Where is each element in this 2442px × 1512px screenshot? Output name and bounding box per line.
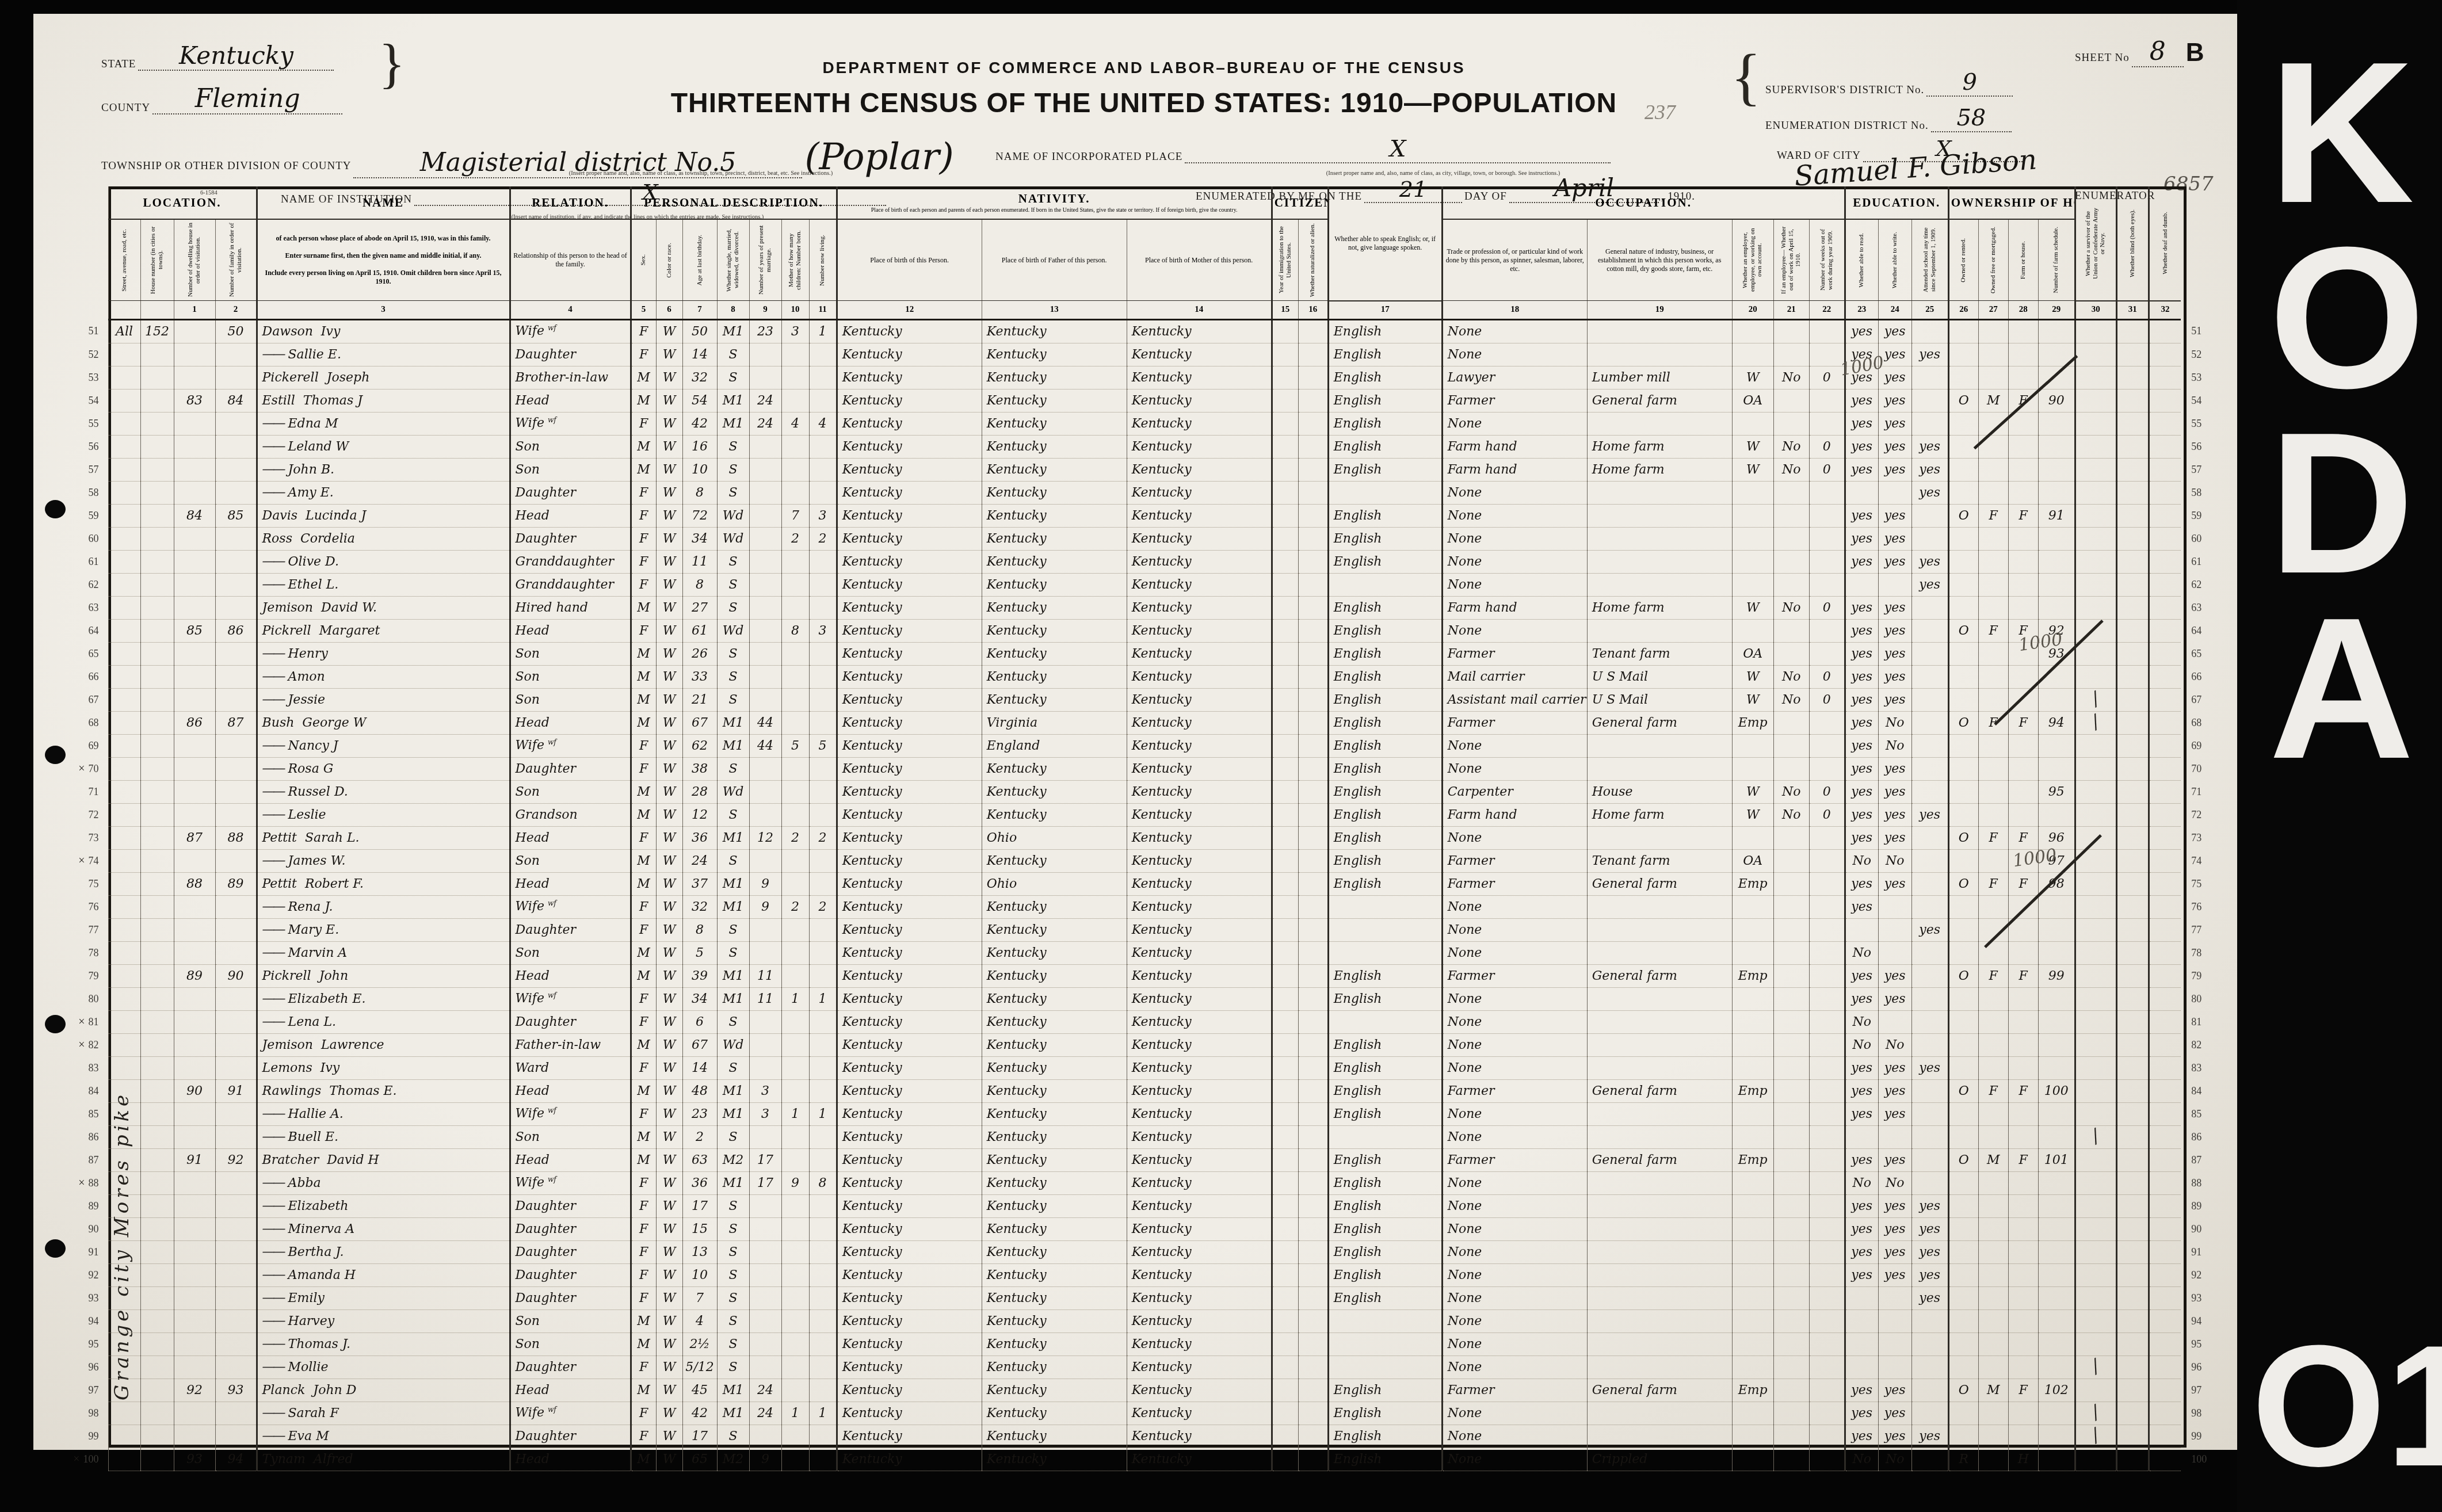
cell-color: W [656, 1079, 682, 1102]
cell-relation: Son [510, 780, 631, 803]
cell-sch: yes [1911, 918, 1948, 941]
cell-yrimm [1272, 1286, 1298, 1309]
cell-yrimm [1272, 366, 1298, 389]
column-header-wr: Whether able to write. [1878, 219, 1911, 301]
cell-fn [2038, 803, 2075, 826]
cell-wr: yes [1878, 1240, 1911, 1263]
cell-wk [1809, 964, 1845, 987]
cell-vet [2075, 872, 2116, 895]
cell-name: —— Russel D. [257, 780, 510, 803]
table-row: 66—— AmonSonMW33SKentuckyKentuckyKentuck… [58, 665, 2219, 688]
cell-house [140, 734, 174, 757]
cell-mort: F [1978, 619, 2008, 642]
line-number-left: 53 [58, 366, 108, 389]
cell-dwell [174, 573, 215, 596]
cell-cl: 2 [809, 826, 837, 849]
cell-cb: 9 [781, 1171, 809, 1194]
cell-name: RossCordelia [257, 527, 510, 550]
cell-deaf [2149, 1286, 2181, 1309]
cell-bp: Kentucky [837, 1309, 982, 1332]
brace: } [379, 31, 405, 95]
cell-read [1845, 1286, 1878, 1309]
cell-fam [215, 895, 257, 918]
cell-street [108, 1379, 140, 1402]
cell-yrimm [1272, 550, 1298, 573]
cell-lang: English [1328, 987, 1442, 1010]
cell-wr [1878, 918, 1911, 941]
column-number: 12 [837, 301, 982, 320]
cell-sex: F [631, 1286, 656, 1309]
cell-street [108, 343, 140, 366]
cell-marital: M1 [717, 1102, 749, 1125]
cell-ow [1773, 826, 1809, 849]
cell-ow [1773, 1194, 1809, 1217]
cell-ind: General farm [1587, 711, 1732, 734]
cell-cl [809, 343, 837, 366]
cell-wr [1878, 895, 1911, 918]
cell-relation: Father-in-law [510, 1033, 631, 1056]
cell-yrimm [1272, 1379, 1298, 1402]
cell-sex: F [631, 1056, 656, 1079]
cell-occ: Farmer [1442, 389, 1587, 412]
cell-marital: M2 [717, 1448, 749, 1471]
cell-nat [1298, 504, 1328, 527]
cell-mort [1978, 1309, 2008, 1332]
cell-fn: 90 [2038, 389, 2075, 412]
cell-mb: Kentucky [1127, 1448, 1272, 1471]
cell-name: —— Emily [257, 1286, 510, 1309]
cell-deaf [2149, 872, 2181, 895]
cell-emp: OA [1732, 642, 1773, 665]
cell-marital: M1 [717, 987, 749, 1010]
cell-own: O [1948, 619, 1978, 642]
cell-deaf [2149, 550, 2181, 573]
cell-deaf [2149, 435, 2181, 458]
cell-cb [781, 1125, 809, 1148]
cell-yrimm [1272, 1148, 1298, 1171]
cell-name: BushGeorge W [257, 711, 510, 734]
cell-emp [1732, 1056, 1773, 1079]
cell-fam [215, 688, 257, 711]
cell-fh: F [2008, 872, 2038, 895]
cell-ow: No [1773, 780, 1809, 803]
cell-deaf [2149, 1033, 2181, 1056]
cell-cl [809, 550, 837, 573]
cell-name: PettitSarah L. [257, 826, 510, 849]
cell-read: yes [1845, 1056, 1878, 1079]
table-row: 55—— Edna MWifewfFW42M12444KentuckyKentu… [58, 412, 2219, 435]
cell-fam [215, 849, 257, 872]
column-header-fh: Farm or house. [2008, 219, 2038, 301]
cell-cb [781, 1263, 809, 1286]
cell-house [140, 1148, 174, 1171]
cell-sch: yes [1911, 1240, 1948, 1263]
cell-sex: M [631, 1148, 656, 1171]
cell-deaf [2149, 688, 2181, 711]
cell-cb: 2 [781, 826, 809, 849]
cell-fb: Kentucky [982, 895, 1127, 918]
cell-ind: U S Mail [1587, 665, 1732, 688]
cell-relation: Head [510, 964, 631, 987]
table-row: ×74—— James W.SonMW24SKentuckyKentuckyKe… [58, 849, 2219, 872]
cell-nat [1298, 1194, 1328, 1217]
cell-dwell [174, 987, 215, 1010]
cell-fh [2008, 481, 2038, 504]
cell-vet [2075, 1102, 2116, 1125]
cell-marital: M1 [717, 389, 749, 412]
table-row: 93—— EmilyDaughterFW7SKentuckyKentuckyKe… [58, 1286, 2219, 1309]
cell-color: W [656, 1217, 682, 1240]
cell-sch: yes [1911, 573, 1948, 596]
cell-bp: Kentucky [837, 1102, 982, 1125]
cell-occ: Farm hand [1442, 803, 1587, 826]
cell-mb: Kentucky [1127, 573, 1272, 596]
cell-mb: Kentucky [1127, 665, 1272, 688]
cell-ind [1587, 826, 1732, 849]
cell-own: O [1948, 826, 1978, 849]
column-header-lang: Whether able to speak English; or, if no… [1328, 186, 1442, 301]
cell-sch [1911, 366, 1948, 389]
cell-fh: F [2008, 1148, 2038, 1171]
cell-wr: yes [1878, 550, 1911, 573]
cell-read: yes [1845, 1217, 1878, 1240]
cell-occ: None [1442, 481, 1587, 504]
cell-relation: Brother-in-law [510, 366, 631, 389]
cell-deaf [2149, 1332, 2181, 1356]
cell-cl: 1 [809, 319, 837, 343]
cell-fn [2038, 1425, 2075, 1448]
cell-color: W [656, 1332, 682, 1356]
line-number-left: ×100 [58, 1448, 108, 1471]
cell-yrs: 44 [749, 734, 781, 757]
cell-ow [1773, 1240, 1809, 1263]
cell-sch: yes [1911, 803, 1948, 826]
cell-yrimm [1272, 941, 1298, 964]
cell-vet [2075, 1309, 2116, 1332]
cell-sex: F [631, 550, 656, 573]
cell-yrs: 11 [749, 964, 781, 987]
cell-house [140, 1079, 174, 1102]
cell-vet [2075, 964, 2116, 987]
cell-yrimm [1272, 596, 1298, 619]
column-header-mb: Place of birth of Mother of this person. [1127, 219, 1272, 301]
cell-deaf [2149, 1356, 2181, 1379]
cell-ind [1587, 918, 1732, 941]
line-number-left: 96 [58, 1356, 108, 1379]
cell-deaf [2149, 803, 2181, 826]
cell-bp: Kentucky [837, 1194, 982, 1217]
cell-vet [2075, 435, 2116, 458]
cell-house [140, 343, 174, 366]
line-number-right: 86 [2181, 1125, 2219, 1148]
cell-street [108, 711, 140, 734]
cell-bp: Kentucky [837, 849, 982, 872]
cell-fam: 50 [215, 319, 257, 343]
cell-read: yes [1845, 780, 1878, 803]
cell-mb: Kentucky [1127, 412, 1272, 435]
line-number-right: 98 [2181, 1402, 2219, 1425]
cell-fh [2008, 527, 2038, 550]
cell-dwell [174, 1010, 215, 1033]
cell-blind [2116, 1194, 2149, 1217]
cell-color: W [656, 872, 682, 895]
cell-mort: M [1978, 1379, 2008, 1402]
cell-mort [1978, 780, 2008, 803]
cell-read: yes [1845, 1379, 1878, 1402]
column-header-sex: Sex. [631, 219, 656, 301]
cell-fb: Kentucky [982, 918, 1127, 941]
cell-wr: No [1878, 1033, 1911, 1056]
cell-color: W [656, 918, 682, 941]
cell-vet [2075, 1148, 2116, 1171]
cell-sex: M [631, 872, 656, 895]
cell-fn [2038, 412, 2075, 435]
cell-mort: M [1978, 389, 2008, 412]
township-note: (Insert proper name and, also, name of c… [482, 170, 919, 177]
cell-mb: Kentucky [1127, 1148, 1272, 1171]
cell-ind [1587, 1309, 1732, 1332]
column-header-house: House number (in cities or towns). [140, 219, 174, 301]
group-header: EDUCATION. [1845, 186, 1948, 219]
cell-cb [781, 389, 809, 412]
cell-sex: F [631, 1194, 656, 1217]
cell-dwell [174, 1286, 215, 1309]
cell-occ: None [1442, 1194, 1587, 1217]
cell-age: 2 [682, 1125, 717, 1148]
cell-yrimm [1272, 527, 1298, 550]
cell-yrs [749, 780, 781, 803]
cell-house [140, 1286, 174, 1309]
cell-yrimm [1272, 1079, 1298, 1102]
cell-color: W [656, 987, 682, 1010]
cell-wr: yes [1878, 504, 1911, 527]
cell-occ: None [1442, 619, 1587, 642]
cell-ind [1587, 1056, 1732, 1079]
cell-nat [1298, 1010, 1328, 1033]
column-header-ind: General nature of industry, business, or… [1587, 219, 1732, 301]
cell-name: —— Amy E. [257, 481, 510, 504]
cell-color: W [656, 1033, 682, 1056]
group-header: NAME [257, 186, 510, 219]
cell-street [108, 826, 140, 849]
cell-age: 65 [682, 1448, 717, 1471]
line-number-left: 98 [58, 1402, 108, 1425]
cell-dwell: 88 [174, 872, 215, 895]
cell-relation: Daughter [510, 1286, 631, 1309]
cell-marital: S [717, 1425, 749, 1448]
cell-deaf [2149, 1448, 2181, 1471]
cell-sex: F [631, 1402, 656, 1425]
cell-marital: S [717, 665, 749, 688]
cell-sex: M [631, 711, 656, 734]
cell-marital: S [717, 550, 749, 573]
cell-street [108, 918, 140, 941]
cell-relation: Head [510, 619, 631, 642]
cell-sch [1911, 849, 1948, 872]
cell-age: 38 [682, 757, 717, 780]
cell-street [108, 987, 140, 1010]
cell-lang: English [1328, 1033, 1442, 1056]
line-number-right: 61 [2181, 550, 2219, 573]
cell-read: yes [1845, 319, 1878, 343]
cell-name: PettitRobert F. [257, 872, 510, 895]
cell-mb: Kentucky [1127, 343, 1272, 366]
cell-marital: S [717, 458, 749, 481]
cell-vet [2075, 987, 2116, 1010]
cell-own: O [1948, 964, 1978, 987]
cell-own [1948, 343, 1978, 366]
cell-yrs [749, 1309, 781, 1332]
cell-dwell [174, 849, 215, 872]
cell-yrimm [1272, 1356, 1298, 1379]
township-label: TOWNSHIP OR OTHER DIVISION OF COUNTY [101, 160, 351, 172]
cell-name: TynamAlfred [257, 1448, 510, 1471]
table-row: 798990PickrellJohnHeadMW39M111KentuckyKe… [58, 964, 2219, 987]
cell-emp [1732, 826, 1773, 849]
cell-age: 32 [682, 366, 717, 389]
cell-bp: Kentucky [837, 872, 982, 895]
cell-nat [1298, 527, 1328, 550]
table-row: 67—— JessieSonMW21SKentuckyKentuckyKentu… [58, 688, 2219, 711]
cell-wr [1878, 1286, 1911, 1309]
cell-blind [2116, 1332, 2149, 1356]
line-number-left: ×70 [58, 757, 108, 780]
cell-age: 6 [682, 1010, 717, 1033]
cell-cl [809, 1286, 837, 1309]
cell-blind [2116, 1356, 2149, 1379]
cell-cl [809, 1125, 837, 1148]
cell-mb: Kentucky [1127, 1125, 1272, 1148]
cell-ow [1773, 711, 1809, 734]
cell-mb: Kentucky [1127, 1240, 1272, 1263]
page-stamp: 237 [1644, 100, 1676, 124]
cell-mort [1978, 1033, 2008, 1056]
cell-fam [215, 435, 257, 458]
cell-sex: M [631, 458, 656, 481]
cell-age: 72 [682, 504, 717, 527]
cell-blind [2116, 1148, 2149, 1171]
cell-wr [1878, 481, 1911, 504]
cell-fam: 87 [215, 711, 257, 734]
cell-deaf [2149, 895, 2181, 918]
cell-deaf [2149, 734, 2181, 757]
cell-mort [1978, 1263, 2008, 1286]
cell-sch [1911, 504, 1948, 527]
cell-fam [215, 642, 257, 665]
cell-fam [215, 734, 257, 757]
cell-occ: None [1442, 550, 1587, 573]
column-header-read: Whether able to read. [1845, 219, 1878, 301]
line-number-right: 72 [2181, 803, 2219, 826]
cell-own [1948, 1402, 1978, 1425]
cell-wr: No [1878, 1171, 1911, 1194]
cell-mort [1978, 1425, 2008, 1448]
cell-ow [1773, 1148, 1809, 1171]
cell-deaf [2149, 1379, 2181, 1402]
cell-mb: Kentucky [1127, 1079, 1272, 1102]
cell-dwell: 86 [174, 711, 215, 734]
cell-nat [1298, 343, 1328, 366]
cell-ind: Tenant farm [1587, 642, 1732, 665]
cell-ow [1773, 1425, 1809, 1448]
cell-sex: M [631, 1379, 656, 1402]
cell-name: —— Abba [257, 1171, 510, 1194]
cell-emp: W [1732, 665, 1773, 688]
cell-yrs [749, 1240, 781, 1263]
cell-lang: English [1328, 1240, 1442, 1263]
cell-cb [781, 1148, 809, 1171]
column-number: 22 [1809, 301, 1845, 320]
cell-nat [1298, 1240, 1328, 1263]
cell-blind [2116, 389, 2149, 412]
cell-bp: Kentucky [837, 550, 982, 573]
cell-dwell [174, 757, 215, 780]
cell-street [108, 1125, 140, 1148]
cell-yrs [749, 1217, 781, 1240]
cell-wr: yes [1878, 1379, 1911, 1402]
cell-wk [1809, 1171, 1845, 1194]
table-row: 598485DavisLucinda JHeadFW72Wd73Kentucky… [58, 504, 2219, 527]
cell-color: W [656, 319, 682, 343]
cell-yrimm [1272, 780, 1298, 803]
cell-wk [1809, 504, 1845, 527]
cell-emp [1732, 573, 1773, 596]
cell-mb: Kentucky [1127, 941, 1272, 964]
cell-cl: 3 [809, 619, 837, 642]
cell-occ: None [1442, 1240, 1587, 1263]
cell-cb: 1 [781, 1402, 809, 1425]
cell-dwell [174, 550, 215, 573]
cell-name: EstillThomas J [257, 389, 510, 412]
cell-wr: yes [1878, 435, 1911, 458]
cell-sex: F [631, 619, 656, 642]
cell-cl: 5 [809, 734, 837, 757]
cell-sch: yes [1911, 1194, 1948, 1217]
cell-dwell [174, 343, 215, 366]
cell-fam [215, 1171, 257, 1194]
cell-relation: Daughter [510, 1194, 631, 1217]
cell-fn [2038, 1309, 2075, 1332]
cell-sch: yes [1911, 1217, 1948, 1240]
cell-fb: Kentucky [982, 1125, 1127, 1148]
line-number-right: 54 [2181, 389, 2219, 412]
cell-marital: S [717, 918, 749, 941]
cell-cb [781, 596, 809, 619]
cell-dwell [174, 1356, 215, 1379]
cell-blind [2116, 688, 2149, 711]
cell-fam [215, 1309, 257, 1332]
cell-ow [1773, 412, 1809, 435]
line-number-right: 57 [2181, 458, 2219, 481]
cell-ind [1587, 1425, 1732, 1448]
cell-occ: None [1442, 504, 1587, 527]
cell-lang: English [1328, 1171, 1442, 1194]
cell-color: W [656, 757, 682, 780]
table-row: 57—— John B.SonMW10SKentuckyKentuckyKent… [58, 458, 2219, 481]
cell-cl [809, 481, 837, 504]
cell-occ: None [1442, 1125, 1587, 1148]
line-number-right: 81 [2181, 1010, 2219, 1033]
cell-lang: English [1328, 1402, 1442, 1425]
cell-relation: Son [510, 849, 631, 872]
cell-age: 37 [682, 872, 717, 895]
cell-yrimm [1272, 1332, 1298, 1356]
cell-cb [781, 1286, 809, 1309]
cell-occ: Mail carrier [1442, 665, 1587, 688]
cell-occ: None [1442, 1102, 1587, 1125]
cell-nat [1298, 688, 1328, 711]
cell-cb [781, 757, 809, 780]
